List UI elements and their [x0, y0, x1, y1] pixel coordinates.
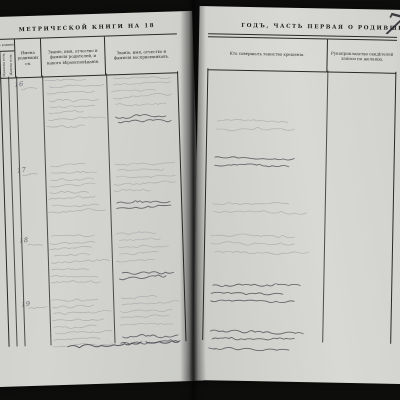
officiant-script [208, 328, 319, 362]
officiant-script [210, 232, 321, 266]
right-table: Кто совершалъ таинство крещенія. Рукопри… [202, 36, 397, 350]
right-table-left-rule [202, 68, 209, 340]
column-count-group: Счетъ родившихся. Мужеска пола. Женска п… [0, 39, 16, 77]
officiant-script [209, 282, 320, 316]
officiant-script [211, 154, 321, 180]
entry-name-script [22, 167, 44, 187]
entry-parents-script [44, 76, 106, 138]
entry-signature [116, 197, 175, 218]
rule [322, 71, 328, 343]
entry-name-script [26, 301, 48, 321]
column-parents: Званіе, имя, отчество и фамилія родителе… [41, 37, 106, 77]
entry-signature [118, 267, 177, 288]
entry-godparents-script [115, 229, 178, 271]
left-page-title: МЕТРИЧЕСКОЙ КНИГИ НА 18 [19, 23, 156, 33]
rule [8, 77, 17, 347]
entry-parents-script [49, 232, 111, 294]
entry-signature [113, 112, 172, 133]
right-table-right-rule [390, 72, 397, 344]
left-table-header: Счетъ родившихся. Мужеска пола. Женска п… [0, 33, 178, 79]
left-page: МЕТРИЧЕСКОЙ КНИГИ НА 18 Счетъ родившихся… [0, 11, 204, 387]
right-page: ГОДЪ, ЧАСТЬ ПЕРВАЯ О РОДИВШИХСЯ. 75 Кто … [192, 6, 400, 384]
column-names: Имена родившихся. [15, 39, 42, 78]
right-page-title: ГОДЪ, ЧАСТЬ ПЕРВАЯ О РОДИВШИХСЯ. [241, 23, 400, 33]
entry-parents-script [47, 162, 109, 224]
officiant-script [212, 118, 322, 144]
right-table-header: Кто совершалъ таинство крещенія. Рукопри… [207, 36, 397, 74]
column-witnesses: Рукоприкладство свидѣтелей записи по жел… [327, 40, 397, 73]
entry-name-script [24, 237, 46, 257]
page-bottom-signature [66, 337, 181, 360]
column-count-female: Женска пола. [7, 51, 15, 77]
metric-book-scan: МЕТРИЧЕСКОЙ КНИГИ НА 18 Счетъ родившихся… [0, 0, 400, 400]
entry-godparents-script [110, 73, 173, 115]
left-table: Счетъ родившихся. Мужеска пола. Женска п… [0, 33, 187, 356]
column-godparents: Званіе, имя, отчество и фамилія восприем… [105, 34, 178, 74]
entry-godparents-script [117, 293, 180, 335]
entry-godparents-script [113, 159, 176, 201]
column-count-group-label: Счетъ родившихся. [0, 39, 14, 51]
officiant-script [210, 200, 320, 226]
entry-name-script [19, 81, 41, 101]
column-officiant: Кто совершалъ таинство крещенія. [207, 37, 328, 71]
